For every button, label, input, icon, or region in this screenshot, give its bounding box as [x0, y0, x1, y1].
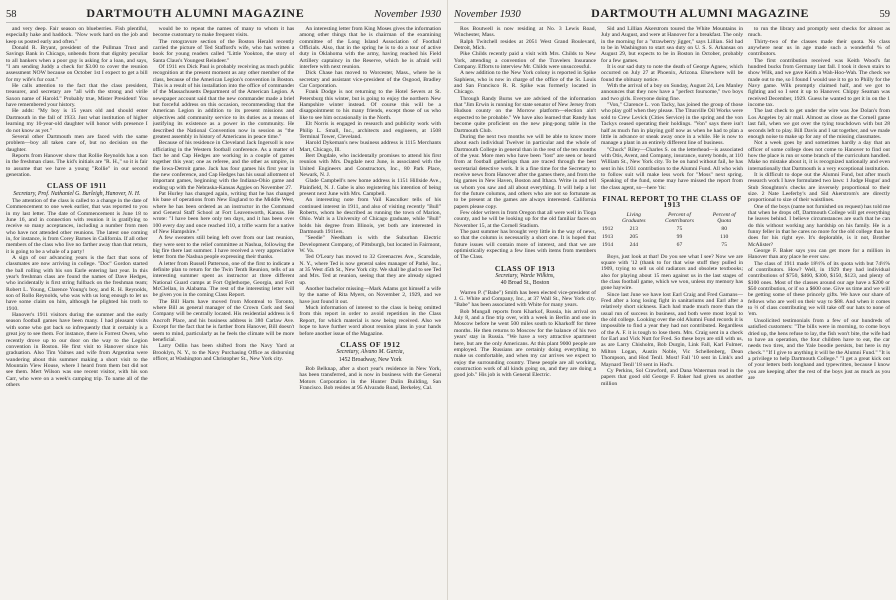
- table-row: 1913 205 99 110: [601, 233, 743, 241]
- paragraph: "Chuck" Riley—Charles S. on the letterhe…: [601, 147, 743, 191]
- paragraph: Bob Belknap, after a short year's reside…: [299, 366, 441, 391]
- paragraph: The last check to get under the wire was…: [748, 108, 890, 140]
- page-number: 58: [6, 9, 17, 20]
- paragraph: Bob Mungall reports from Kharkof, Russia…: [454, 309, 596, 379]
- secretary-address: 40 Broad St., Boston: [454, 280, 596, 286]
- table-header: Percent of Contributors: [653, 211, 705, 225]
- paragraph: It is our sad duty to note the death of …: [601, 64, 743, 83]
- paragraph: A sign of our advancing years is the fac…: [6, 255, 148, 312]
- left-page: 58 DARTMOUTH ALUMNI MAGAZINE November 19…: [0, 0, 448, 600]
- running-header: November 1930 DARTMOUTH ALUMNI MAGAZINE …: [454, 6, 890, 23]
- paragraph: Sid and Lillian Akerstrom toured the Whi…: [601, 26, 743, 64]
- running-header: 58 DARTMOUTH ALUMNI MAGAZINE November 19…: [6, 6, 441, 23]
- class-secretary: Secretary, Prof. Nathaniel G. Burleigh, …: [6, 191, 148, 197]
- magazine-title: DARTMOUTH ALUMNI MAGAZINE: [591, 6, 809, 21]
- paragraph: Bert Dugdale, who incidentally promises …: [299, 153, 441, 178]
- section-heading: CLASS OF 1912: [299, 342, 441, 348]
- column-1: Ros Boutwell is now residing at No. 3 Le…: [454, 26, 596, 600]
- paragraph: Boys, just look at that! Do you see what…: [601, 254, 743, 292]
- class-secretary: Secretary, Warde Wilkins,: [454, 273, 596, 279]
- section-heading: FINAL REPORT TO THE CLASS OF 1913: [601, 196, 743, 209]
- quota-table: Living Graduates Percent of Contributors…: [601, 211, 743, 250]
- paragraph: Few older writers in from Oregon that al…: [454, 210, 596, 229]
- paragraph: Because of his residence in Cleveland Ja…: [153, 140, 295, 191]
- paragraph: Harold Dykeman's new business address is…: [299, 140, 441, 153]
- paragraph: Not a week goes by and sometimes hardly …: [748, 140, 890, 172]
- column-1: and very deep. Fair season on blueberrie…: [6, 26, 148, 600]
- paragraph: He calls attention to the fact that the …: [6, 83, 148, 108]
- paragraph: Elt Norris is engaged in research and pu…: [299, 121, 441, 140]
- paragraph: George F. Baker says you can get more fo…: [748, 248, 890, 261]
- paragraph: During the next two months we will be ab…: [454, 134, 596, 210]
- secretary-address: 1452 Broadway, New York: [299, 357, 441, 363]
- paragraph: "Von," Clarence L. von Tacky, has joined…: [601, 102, 743, 146]
- table-header: Living Graduates: [614, 211, 653, 225]
- paragraph: One of the boys (name not furnished on r…: [748, 204, 890, 248]
- paragraph: He adds: "My boy is 15 years old and sho…: [6, 108, 148, 133]
- paragraph: would be to repeat the names of many to …: [153, 26, 295, 39]
- paragraph: Warren P. ("Babe") Smith has been electe…: [454, 290, 596, 309]
- paragraph: A letter from Russell Patterson, one of …: [153, 261, 295, 299]
- class-secretary: Secretary, Alvano M. Garcia,: [299, 349, 441, 355]
- paragraph: Cy Perkins, Sol Crawford, and Dana Water…: [601, 368, 743, 387]
- magazine-title: DARTMOUTH ALUMNI MAGAZINE: [86, 6, 304, 21]
- paragraph: Ted O'Leary has moved to 32 Greenacres A…: [299, 254, 441, 286]
- table-header: [601, 211, 614, 225]
- paragraph: Larry Odlin has been shifted from the Na…: [153, 343, 295, 362]
- paragraph: Pat Hurley has changed again, writing th…: [153, 191, 295, 235]
- issue-date: November 1930: [374, 9, 441, 20]
- paragraph: It is difficult to dope out the Alumni F…: [748, 172, 890, 204]
- paragraph: Of 1911 ers Dick Paul is probably receiv…: [153, 64, 295, 140]
- column-2: would be to repeat the names of many to …: [153, 26, 295, 600]
- table-row: 1914 244 67 75: [601, 241, 743, 249]
- column-3: to run the library and promptly sent che…: [748, 26, 890, 600]
- table-header: Percent of Quota: [705, 211, 743, 225]
- paragraph: The past summer has brought very little …: [454, 229, 596, 261]
- paragraph: With the arrival of a boy on Sunday, Aug…: [601, 83, 743, 102]
- issue-date: November 1930: [454, 9, 521, 20]
- magazine-spread: 58 DARTMOUTH ALUMNI MAGAZINE November 19…: [0, 0, 896, 600]
- paragraph: Dick Chase has moved to Worcester, Mass.…: [299, 70, 441, 89]
- paragraph: A new addition to the New York colony is…: [454, 70, 596, 95]
- paragraph: Reports from Hanover show that Rollie Re…: [6, 153, 148, 178]
- paragraph: Thirty-two of the classes made their quo…: [748, 39, 890, 58]
- paragraph: Pike Childs recently paid a visit with M…: [454, 51, 596, 70]
- paragraph: Ros Boutwell is now residing at No. 3 Le…: [454, 26, 596, 39]
- paragraph: The rotogravure section of the Boston He…: [153, 39, 295, 64]
- page-number: 59: [879, 9, 890, 20]
- paragraph: Much information of interest to the clas…: [299, 305, 441, 337]
- section-heading: CLASS OF 1911: [6, 183, 148, 189]
- paragraph: Donald R. Bryant, president of the Pullm…: [6, 45, 148, 83]
- right-page: November 1930 DARTMOUTH ALUMNI MAGAZINE …: [448, 0, 896, 600]
- paragraph: and very deep. Fair season on blueberrie…: [6, 26, 148, 45]
- paragraph: An interesting letter from King Moses gi…: [299, 26, 441, 70]
- paragraph: Glade Campbell's new home address is 115…: [299, 178, 441, 197]
- paragraph: Frank Dodge is not returning to the Hote…: [299, 89, 441, 121]
- paragraph: Several other Dartmouth men are faced wi…: [6, 134, 148, 153]
- paragraph: Through Randy Burns we are advised of th…: [454, 96, 596, 134]
- paragraph: Unsolicited testimonials from a few of o…: [748, 318, 890, 381]
- paragraph: An interesting note from Vail Kasculker …: [299, 197, 441, 235]
- paragraph: Hanover's 1911 visitors during the summe…: [6, 312, 148, 388]
- paragraph: The class of 1911 made 18½% of its quota…: [748, 261, 890, 318]
- column-3: An interesting letter from King Moses gi…: [299, 26, 441, 600]
- paragraph: "Seedie" Needham is with the Suburban El…: [299, 235, 441, 254]
- column-2: Sid and Lillian Akerstrom toured the Whi…: [601, 26, 743, 600]
- paragraph: The attention of the class is called to …: [6, 198, 148, 255]
- paragraph: The first contribution received was Keit…: [748, 58, 890, 109]
- paragraph: The Bill Harts have moved from Montreal …: [153, 299, 295, 343]
- table-row: 1912 213 75 80: [601, 225, 743, 233]
- paragraph: to run the library and promptly sent che…: [748, 26, 890, 39]
- paragraph: Ralph Twitchell resides at 2051 West Gra…: [454, 39, 596, 52]
- section-heading: CLASS OF 1913: [454, 266, 596, 272]
- paragraph: Another bachelor missing—Mark Adams got …: [299, 286, 441, 305]
- paragraph: A few sweaters still being left over fro…: [153, 235, 295, 260]
- paragraph: Since last June we have lost Earl Craig …: [601, 292, 743, 368]
